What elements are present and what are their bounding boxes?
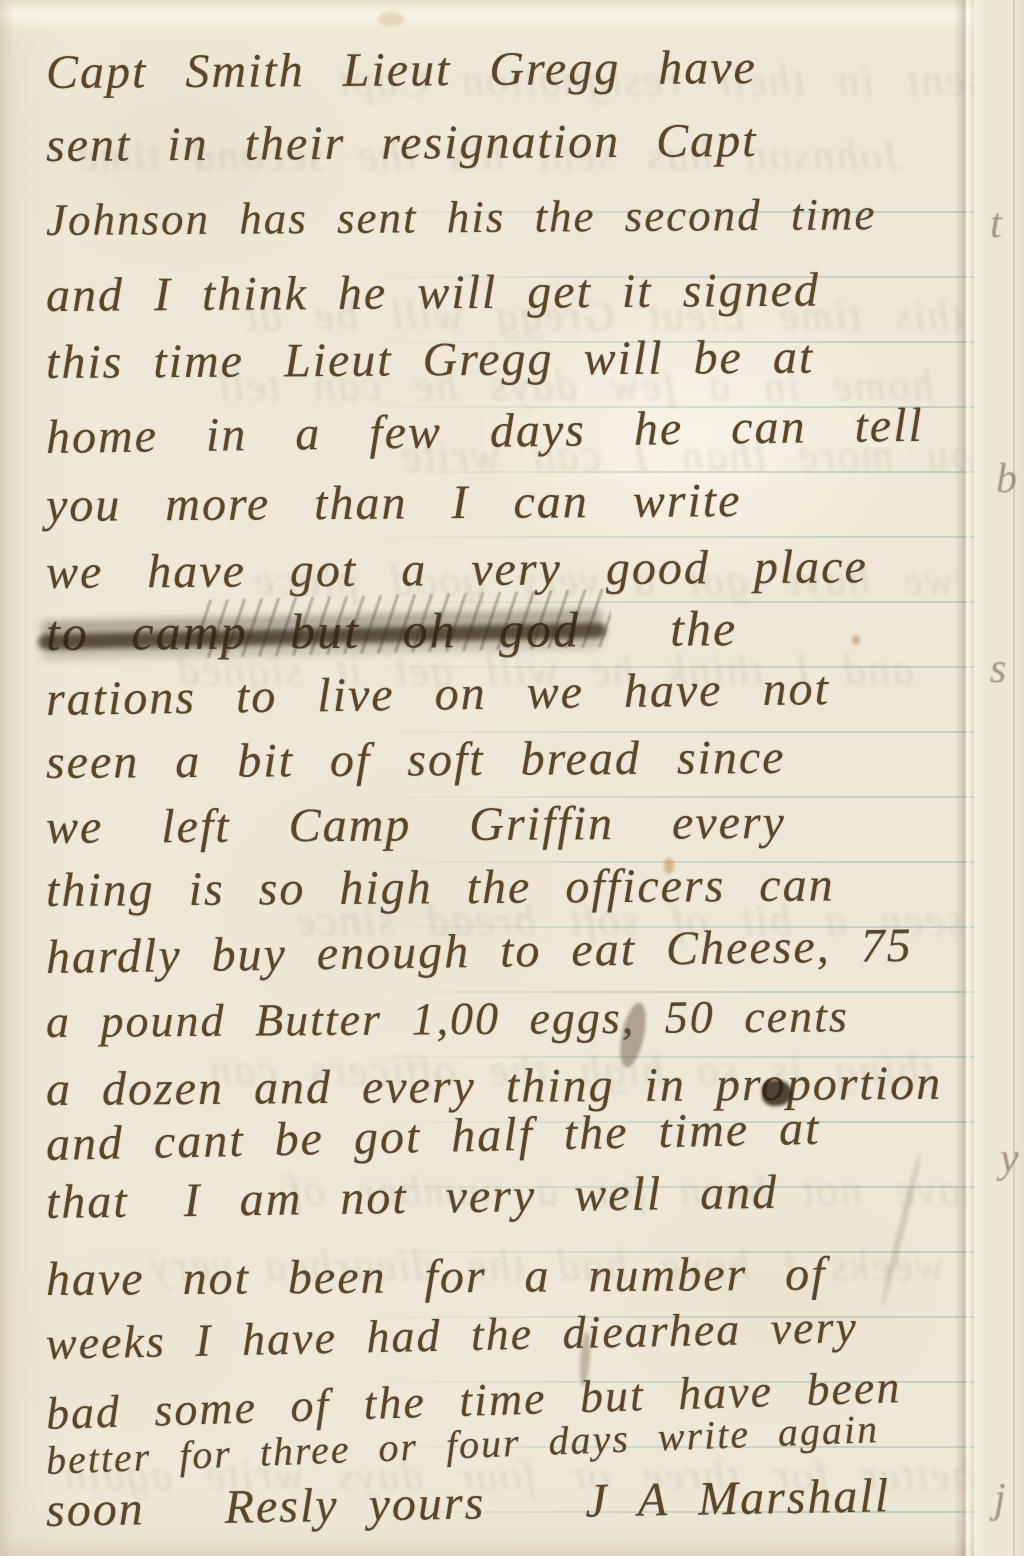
edge-fragment-glyph: s <box>990 645 1006 693</box>
edge-fragment-glyph: t <box>990 200 1002 248</box>
edge-fragments: tbsyj <box>0 0 1024 1556</box>
edge-fragment-glyph: b <box>996 455 1017 503</box>
letter-page-scan: sent in their resignation CaptJohnson ha… <box>0 0 1024 1556</box>
edge-fragment-glyph: y <box>1000 1135 1019 1183</box>
edge-fragment-glyph: j <box>994 1475 1006 1523</box>
